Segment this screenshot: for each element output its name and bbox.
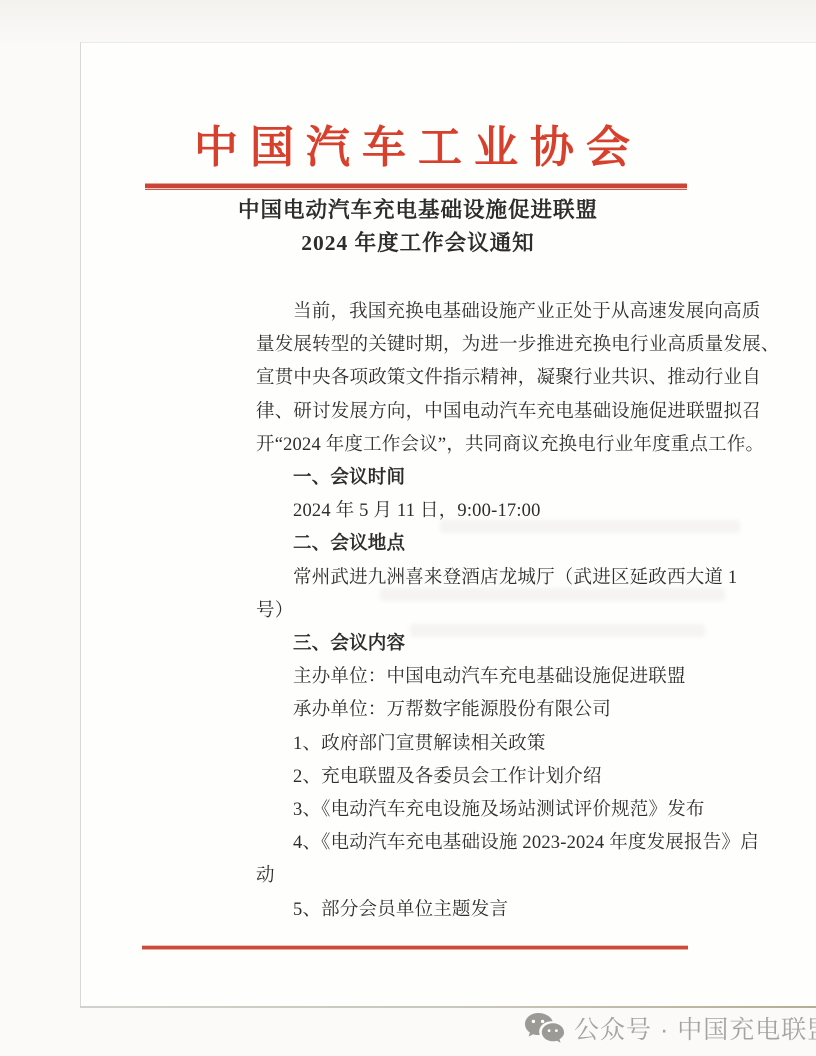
page-edge-top xyxy=(80,42,816,43)
wechat-icon xyxy=(524,1012,565,1045)
body-line: 动 xyxy=(256,860,760,893)
footer-rule xyxy=(142,945,688,951)
body-line: 1、政府部门宣贯解读相关政策 xyxy=(256,728,760,761)
body-line: 律、研讨发展方向，中国电动汽车充电基础设施促进联盟拟召 xyxy=(256,396,760,429)
body-line: 3、《电动汽车充电设施及场站测试评价规范》发布 xyxy=(256,794,760,827)
body-line: 5、部分会员单位主题发言 xyxy=(256,894,760,927)
body-line: 2、充电联盟及各委员会工作计划介绍 xyxy=(256,761,760,794)
body-line: 2024 年 5 月 11 日，9:00-17:00 xyxy=(256,495,760,528)
letterhead-title: 中国汽车工业协会 xyxy=(148,124,688,172)
body-line: 二、会议地点 xyxy=(256,528,760,561)
body-line: 一、会议时间 xyxy=(256,462,760,495)
document-page: 中国汽车工业协会 中国电动汽车充电基础设施促进联盟 2024 年度工作会议通知 … xyxy=(80,42,816,1008)
scanned-document: 中国汽车工业协会 中国电动汽车充电基础设施促进联盟 2024 年度工作会议通知 … xyxy=(0,0,816,1056)
body-line: 4、《电动汽车充电基础设施 2023-2024 年度发展报告》启 xyxy=(256,827,760,860)
body-line: 当前，我国充换电基础设施产业正处于从高速发展向高质 xyxy=(256,296,760,329)
watermark-text: 公众号 · 中国充电联盟 xyxy=(574,1010,816,1046)
body-line: 开“2024 年度工作会议”，共同商议充换电行业年度重点工作。 xyxy=(256,429,760,462)
letterhead-rule xyxy=(145,183,687,191)
body-line: 号） xyxy=(256,595,760,628)
body-text: 当前，我国充换电基础设施产业正处于从高速发展向高质量发展转型的关键时期，为进一步… xyxy=(256,296,760,927)
body-line: 三、会议内容 xyxy=(256,628,760,661)
body-line: 宣贯中央各项政策文件指示精神，凝聚行业共识、推动行业自 xyxy=(256,362,760,395)
scan-background-shade xyxy=(0,0,816,42)
page-edge-left xyxy=(80,42,81,1008)
body-line: 承办单位：万帮数字能源股份有限公司 xyxy=(256,694,760,727)
document-title-line1: 中国电动汽车充电基础设施促进联盟 xyxy=(148,197,688,223)
body-line: 量发展转型的关键时期，为进一步推进充换电行业高质量发展、 xyxy=(256,329,760,362)
wechat-watermark: 公众号 · 中国充电联盟 xyxy=(524,1007,816,1049)
body-line: 常州武进九洲喜来登酒店龙城厅（武进区延政西大道 1 xyxy=(256,562,760,595)
document-title-line2: 2024 年度工作会议通知 xyxy=(148,230,688,256)
body-line: 主办单位：中国电动汽车充电基础设施促进联盟 xyxy=(256,661,760,694)
